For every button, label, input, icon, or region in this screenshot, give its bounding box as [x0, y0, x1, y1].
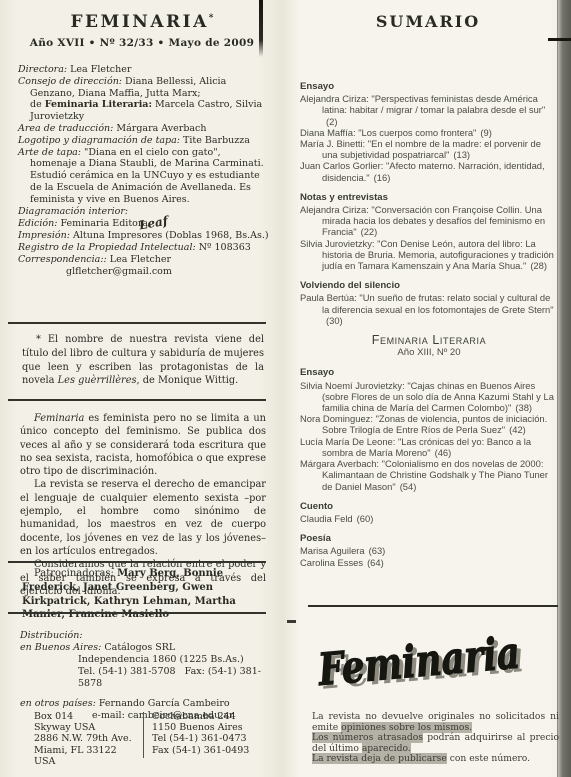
contact-email: glfletcher@gmail.com	[18, 266, 270, 278]
toc-title: SUMARIO	[300, 12, 556, 31]
editorial-paragraph-2: La revista se reserva el derecho de eman…	[20, 478, 266, 558]
toc-entry: Lucía María De Leone: "Las crónicas del …	[300, 436, 558, 458]
table-of-contents: Ensayo Alejandra Ciriza: "Perspectivas f…	[300, 81, 558, 568]
highlighted-text: La revista deja de publicarse	[312, 753, 447, 764]
notice-back-issues: Los números atrasados podrán adquirirse …	[312, 733, 559, 754]
toc-entry: Paula Bertúa: "Un sueño de frutas: relat…	[300, 292, 558, 326]
address-divider	[143, 712, 144, 758]
scan-binding-dash	[287, 620, 296, 623]
distribution-address: Independencia 1860 (1225 Bs.As.)	[20, 654, 272, 666]
page-number: (42)	[509, 424, 526, 435]
feminaria-literaria-title: Feminaria Literaria	[300, 335, 558, 346]
issue-line: Año XVII • Nº 32/33 • Mayo de 2009	[18, 37, 266, 49]
highlighted-text: opiniones sobre los mismos.	[341, 722, 472, 733]
masthead-line-feminaria-literaria: de Feminaria Literaria: Marcela Castro, …	[18, 99, 270, 123]
toc-entry: Diana Maffía: "Los cuerpos como frontera…	[300, 127, 558, 138]
masthead-header: FEMINARIA* Año XVII • Nº 32/33 • Mayo de…	[18, 8, 266, 49]
distribution-buenos-aires: en Buenos Aires: Catálogos SRL	[20, 642, 272, 654]
page-number: (22)	[361, 226, 378, 237]
divider-rule	[8, 561, 266, 563]
publication-notices: La revista no devuelve originales no sol…	[312, 712, 559, 765]
notice-final-issue: La revista deja de publicarse con este n…	[312, 754, 559, 765]
masthead-line-registro: Registro de la Propiedad Intelectual: Nº…	[18, 242, 270, 254]
feminaria-literaria-header: Feminaria Literaria Año XIII, Nº 20	[300, 335, 558, 358]
toc-entry: Juan Carlos Gorlier: "Afecto materno. Na…	[300, 160, 558, 182]
page-number: (63)	[369, 545, 386, 556]
feminaria-script-logo: Feminaria Feminaria	[312, 611, 532, 709]
page-number: (13)	[453, 149, 470, 160]
journal-title-footnote-mark: *	[209, 13, 214, 23]
highlighted-text: Los números atrasados	[312, 732, 423, 743]
divider-rule	[8, 399, 266, 401]
toc-entry: Carolina Esses(64)	[300, 557, 558, 568]
masthead-line-consejo: Consejo de dirección: Diana Bellessi, Al…	[18, 76, 270, 100]
masthead-block: Directora: Lea Fletcher Consejo de direc…	[18, 64, 270, 277]
divider-rule	[308, 605, 558, 607]
toc-entry: Claudia Feld(60)	[300, 513, 558, 524]
masthead-line-edicion: Edición: Feminaria EditoraLeaf	[18, 217, 270, 230]
publisher-signature-scribble: Leaf	[150, 216, 169, 231]
distribution-phone: Tel. (54-1) 381-5708 Fax: (54-1) 381-587…	[20, 666, 272, 690]
toc-entry: Silvia Noemí Jurovietzky: "Cajas chinas …	[300, 380, 558, 414]
page-number: (54)	[400, 481, 417, 492]
toc-entry: Marisa Aguilera(63)	[300, 545, 558, 556]
page-number: (64)	[367, 557, 384, 568]
address-argentina: Cochabamba 244 1150 Buenos Aires Tel (54…	[152, 711, 270, 756]
toc-entry: Alejandra Ciriza: "Conversación con Fran…	[300, 204, 558, 238]
highlighted-text: aparecido.	[362, 743, 411, 754]
editorial-paragraph-1: Feminaria es feminista pero no se limita…	[20, 412, 266, 478]
distribution-heading: Distribución:	[20, 630, 272, 642]
page-number: (2)	[326, 116, 337, 127]
toc-entry: Márgara Averbach: "Colonialismo en dos n…	[300, 458, 558, 492]
svg-text:Feminaria: Feminaria	[315, 628, 522, 697]
section-heading-volviendo: Volviendo del silencio	[300, 280, 558, 291]
toc-entry: María J. Binetti: "En el nombre de la ma…	[300, 138, 558, 160]
title-footnote: * El nombre de nuestra revista viene del…	[22, 333, 264, 388]
page-number: (38)	[515, 402, 532, 413]
toc-entry: Alejandra Ciriza: "Perspectivas feminist…	[300, 93, 558, 127]
page-number: (46)	[435, 447, 452, 458]
page-number: (60)	[357, 513, 374, 524]
scan-edge-band	[558, 0, 571, 777]
feminaria-literaria-issue: Año XIII, Nº 20	[300, 347, 558, 358]
distribution-other-countries: en otros países: Fernando García Cambeir…	[20, 698, 272, 710]
page-number: (28)	[530, 260, 547, 271]
masthead-line-impresion: Impresión: Altuna Impresores (Doblas 196…	[18, 230, 270, 242]
masthead-line-arte-de-tapa: Arte de tapa: "Diana en el cielo con gat…	[18, 147, 270, 206]
section-heading-notas: Notas y entrevistas	[300, 192, 558, 203]
toc-entry: Nora Dominguez: "Zonas de violencia, pun…	[300, 413, 558, 435]
page-number: (30)	[326, 315, 343, 326]
divider-rule	[8, 612, 266, 614]
section-heading-poesia: Poesía	[300, 533, 558, 544]
toc-entry: Silvia Jurovietzky: "Con Denise León, au…	[300, 238, 558, 272]
journal-title-text: FEMINARIA	[70, 12, 208, 32]
scanned-page: FEMINARIA* Año XVII • Nº 32/33 • Mayo de…	[0, 0, 571, 777]
masthead-line-diagramacion: Diagramación interior:	[18, 206, 270, 218]
journal-title: FEMINARIA*	[18, 12, 266, 32]
masthead-line-directora: Directora: Lea Fletcher	[18, 64, 270, 76]
section-heading-ensayo: Ensayo	[300, 81, 558, 92]
masthead-line-logotipo: Logotipo y diagramación de tapa: Tite Ba…	[18, 135, 270, 147]
scan-edge-tick	[548, 38, 571, 41]
page-number: (9)	[480, 127, 491, 138]
masthead-line-correspondencia: Correspondencia:: Lea Fletcher	[18, 254, 270, 266]
distribution-block: Distribución: en Buenos Aires: Catálogos…	[20, 630, 272, 722]
masthead-line-traduccion: Area de traducción: Márgara Averbach	[18, 123, 270, 135]
address-usa: Box 014 Skyway USA 2886 N.W. 79th Ave. M…	[34, 711, 140, 767]
section-heading-cuento: Cuento	[300, 501, 558, 512]
page-number: (16)	[374, 172, 391, 183]
divider-rule	[8, 322, 266, 324]
section-heading-ensayo-2: Ensayo	[300, 367, 558, 378]
notice-originals: La revista no devuelve originales no sol…	[312, 712, 559, 733]
